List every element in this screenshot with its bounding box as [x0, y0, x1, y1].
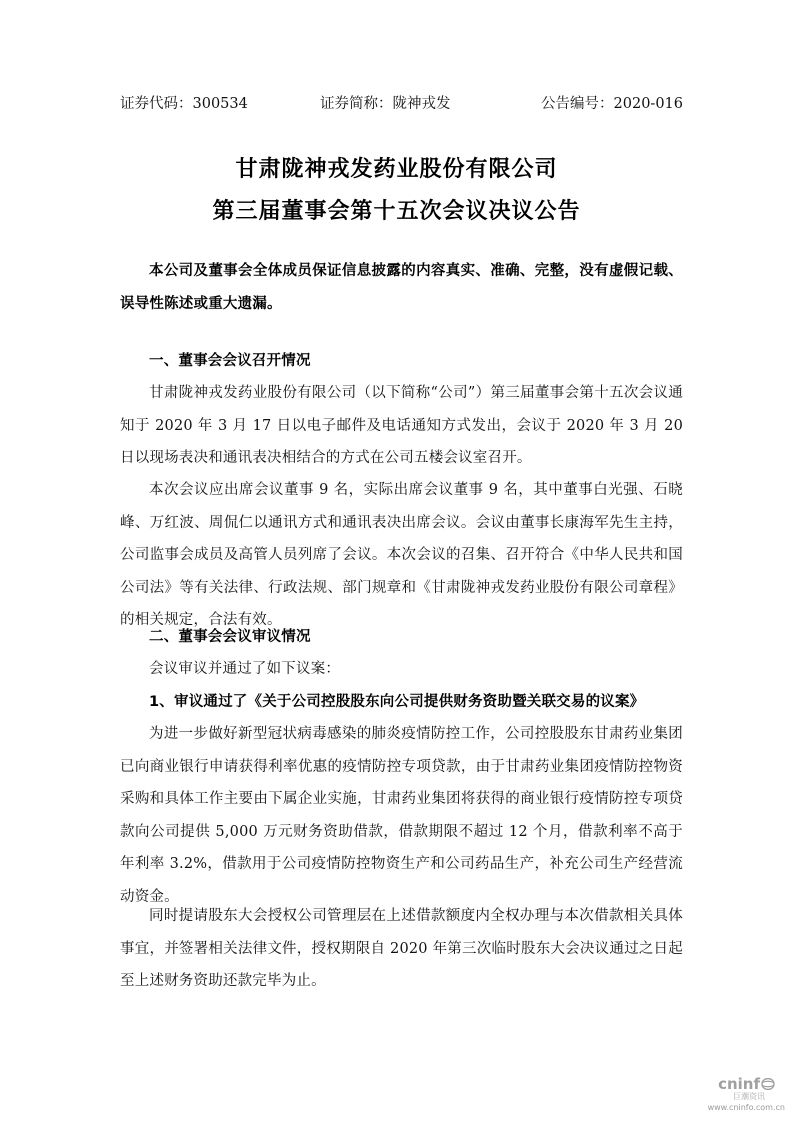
- cninfo-logo-text: cninf: [718, 1075, 760, 1093]
- motion-title: 1、审议通过了《关于公司控股股东向公司提供财务资助暨关联交易的议案》: [120, 686, 712, 719]
- paragraph-meeting-notice: 甘肃陇神戎发药业股份有限公司（以下简称“公司”）第三届董事会第十五次会议通知于 …: [120, 377, 683, 475]
- cninfo-url: www.cninfo.com.cn: [695, 1102, 785, 1113]
- announcement-title: 第三届董事会第十五次会议决议公告: [0, 197, 793, 227]
- announcement-number: 公告编号：2020-016: [541, 93, 683, 115]
- company-title: 甘肃陇神戎发药业股份有限公司: [0, 155, 793, 185]
- globe-icon: [761, 1077, 775, 1089]
- cninfo-logo: cninf: [695, 1076, 775, 1092]
- paragraph-financial-assistance: 为进一步做好新型冠状病毒感染的肺炎疫情防控工作，公司控股股东甘肃药业集团已向商业…: [120, 718, 683, 913]
- section-heading-meeting-convening: 一、董事会会议召开情况: [120, 345, 712, 378]
- paragraph-review-intro: 会议审议并通过了如下议案：: [120, 653, 683, 686]
- stock-abbreviation: 证券简称：陇神戎发: [320, 93, 451, 115]
- paragraph-attendance: 本次会议应出席会议董事 9 名，实际出席会议董事 9 名，其中董事白光强、石晓峰…: [120, 474, 683, 637]
- document-page: 证券代码：300534 证券简称：陇神戎发 公告编号：2020-016 甘肃陇神…: [0, 0, 793, 1122]
- paragraph-authorization: 同时提请股东大会授权公司管理层在上述借款额度内全权办理与本次借款相关具体事宜，并…: [120, 900, 683, 998]
- stock-code: 证券代码：300534: [120, 93, 248, 115]
- cninfo-watermark: cninf 巨潮资讯 www.cninfo.com.cn: [695, 1076, 785, 1116]
- disclaimer-statement: 本公司及董事会全体成员保证信息披露的内容真实、准确、完整，没有虚假记载、误导性陈…: [120, 255, 683, 321]
- section-heading-meeting-review: 二、董事会会议审议情况: [120, 621, 712, 654]
- cninfo-chinese-name: 巨潮资讯: [695, 1092, 765, 1102]
- document-header: 证券代码：300534 证券简称：陇神戎发 公告编号：2020-016: [120, 93, 683, 115]
